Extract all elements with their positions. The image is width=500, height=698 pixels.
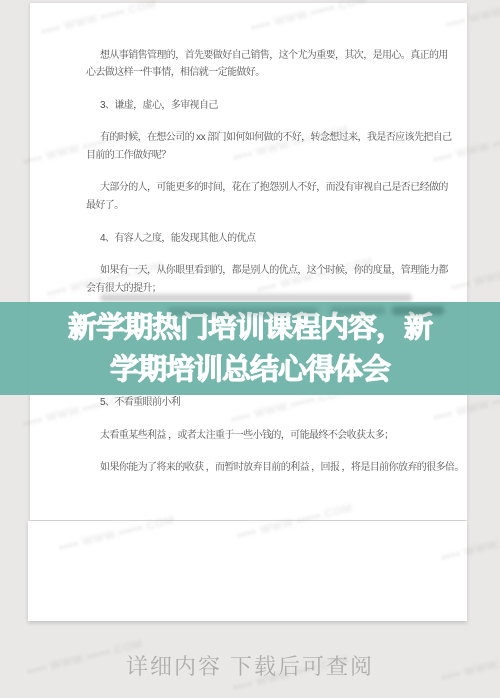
- document-line: 大部分的人，可能更多的时间，花在了抱怨别人不好，而没有审视自己是否已经做的: [100, 182, 448, 194]
- document-line: 3、谦虚，虚心，多审视自己: [100, 100, 218, 112]
- document-line: 如果有一天，从你眼里看到的，都是别人的优点，这个时候，你的度量，管理能力都: [100, 265, 448, 277]
- obscured-text-smudge: [168, 307, 318, 316]
- banner-title-line-2: 学期培训总结心得体会: [110, 349, 390, 391]
- document-line: 最好了。: [86, 200, 124, 212]
- document-line: 5、不看重眼前小利: [100, 397, 180, 409]
- title-banner: 新学期热门培训课程内容，新 学期培训总结心得体会: [0, 302, 500, 395]
- obscured-text-line: [100, 294, 412, 302]
- obscured-text-smudge: [330, 306, 385, 315]
- document-line: 心去做这样一件事情，相信就一定能做好。: [86, 67, 265, 79]
- download-hint-text: 详细内容 下载后可查阅: [0, 650, 500, 681]
- document-line: 太看重某些利益 ，或者太注重于一些小钱的，可能最终不会收获太多；: [100, 430, 394, 442]
- document-line: 目前的工作做好呢？: [86, 150, 171, 162]
- document-line: 4、有容人之度，能发现其他人的优点: [100, 233, 255, 245]
- document-line: 有的时候，在想公司的 xx 部门如何如何做的不好，转念想过来，我是否应该先把自己: [100, 132, 452, 144]
- document-page-1[interactable]: 想从事销售管理的，首先要做好自己销售，这个尤为重要，其次，是用心。真正的用心去做…: [30, 3, 467, 520]
- document-line: 如果你能为了将来的收获 ，而暂时放弃目前的利益 ，回报 ，将是目前你放弃的很多倍…: [100, 462, 464, 474]
- document-line: 想从事销售管理的，首先要做好自己销售，这个尤为重要，其次，是用心。真正的用: [100, 50, 448, 62]
- obscured-text-smudge: [392, 306, 444, 315]
- document-page-2[interactable]: [28, 521, 467, 621]
